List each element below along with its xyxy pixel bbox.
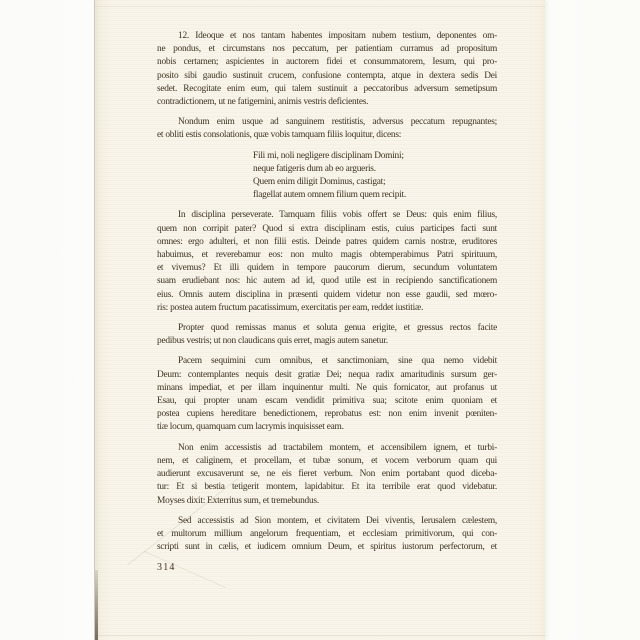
text-line: minans impediat, et per illam inquinentu…: [157, 382, 497, 395]
text-line: scripti sunt in cælis, et iudicem omnium…: [157, 541, 497, 554]
book-page: 12. Ideoque et nos tantam habentes impos…: [95, 0, 545, 640]
text-line: et obliti estis consolationis, quæ vobis…: [157, 129, 497, 142]
text-line: Pacem sequimini cum omnibus, et sanctimo…: [157, 355, 497, 368]
text-line: suam erudiebant nos: hic autem ad id, qu…: [157, 275, 497, 288]
text-line: quem non corripit pater? Quod si extra d…: [157, 223, 497, 236]
paragraph-2: Nondum enim usque ad sanguinem restitist…: [157, 116, 497, 142]
verse-block: Fili mi, noli negligere disciplinam Domi…: [157, 150, 497, 203]
paragraph-4: Propter quod remissas manus et soluta ge…: [157, 322, 497, 348]
text-line: et vivemus? Et illi quidem in tempore pa…: [157, 262, 497, 275]
text-line: 12. Ideoque et nos tantam habentes impos…: [157, 30, 497, 43]
page-left-edge-shadow: [95, 570, 98, 640]
text-line: et multorum millium angelorum frequentia…: [157, 528, 497, 541]
text-column: 12. Ideoque et nos tantam habentes impos…: [157, 30, 497, 575]
text-line: Sed accessistis ad Sion montem, et civit…: [157, 515, 497, 528]
text-line: postea cupiens hereditare benedictionem,…: [157, 408, 497, 421]
text-line: nem, et caliginem, et procellam, et tubæ…: [157, 455, 497, 468]
text-line: Moyses dixit: Exterritus sum, et tremebu…: [157, 495, 497, 508]
text-line: audierunt excusaverunt se, ne eis fieret…: [157, 468, 497, 481]
text-line: In disciplina perseverate. Tamquam filii…: [157, 209, 497, 222]
text-line: Non enim accessistis ad tractabilem mont…: [157, 442, 497, 455]
verse-line: flagellat autem omnem filium quem recipi…: [253, 189, 497, 202]
verse-line: neque fatigeris dum ab eo argueris.: [253, 163, 497, 176]
paragraph-5: Pacem sequimini cum omnibus, et sanctimo…: [157, 355, 497, 434]
text-line: Nondum enim usque ad sanguinem restitist…: [157, 116, 497, 129]
text-line: nobis certamen; aspicientes in auctorem …: [157, 56, 497, 69]
paragraph-7: Sed accessistis ad Sion montem, et civit…: [157, 515, 497, 555]
text-line: tur: Et si bestia tetigerit montem, lapi…: [157, 481, 497, 494]
text-line: Deum: contemplantes nequis desit gratiæ …: [157, 369, 497, 382]
text-line: habuimus, et reverebamur eos: non multo …: [157, 249, 497, 262]
text-line: omnes: ergo adulteri, et non filii estis…: [157, 236, 497, 249]
text-line: ne pondus, et circumstans nos peccatum, …: [157, 43, 497, 56]
verse-line: Quem enim diligit Dominus, castigat;: [253, 176, 497, 189]
text-line: pedibus vestris; ut non claudicans quis …: [157, 335, 497, 348]
page-bottom-edge: [95, 635, 545, 636]
text-line: posito sibi gaudio sustinuit crucem, con…: [157, 70, 497, 83]
page-number: 314: [157, 561, 497, 574]
text-line: Propter quod remissas manus et soluta ge…: [157, 322, 497, 335]
text-line: sedet. Recogitate enim eum, qui talem su…: [157, 83, 497, 96]
paragraph-6: Non enim accessistis ad tractabilem mont…: [157, 442, 497, 508]
paragraph-3: In disciplina perseverate. Tamquam filii…: [157, 209, 497, 315]
text-line: eius. Omnis autem disciplina in præsenti…: [157, 289, 497, 302]
text-line: contradictionem, ut ne fatigemini, animi…: [157, 96, 497, 109]
text-line: tiæ locum, quamquam cum lacrymis inquisi…: [157, 421, 497, 434]
photo-backdrop: 12. Ideoque et nos tantam habentes impos…: [0, 0, 640, 640]
verse-line: Fili mi, noli negligere disciplinam Domi…: [253, 150, 497, 163]
text-line: Esau, qui propter unam escam vendidit pr…: [157, 395, 497, 408]
text-line: ris: postea autem fructum pacatissimum, …: [157, 302, 497, 315]
paragraph-1: 12. Ideoque et nos tantam habentes impos…: [157, 30, 497, 109]
page-top-edge: [95, 6, 545, 7]
